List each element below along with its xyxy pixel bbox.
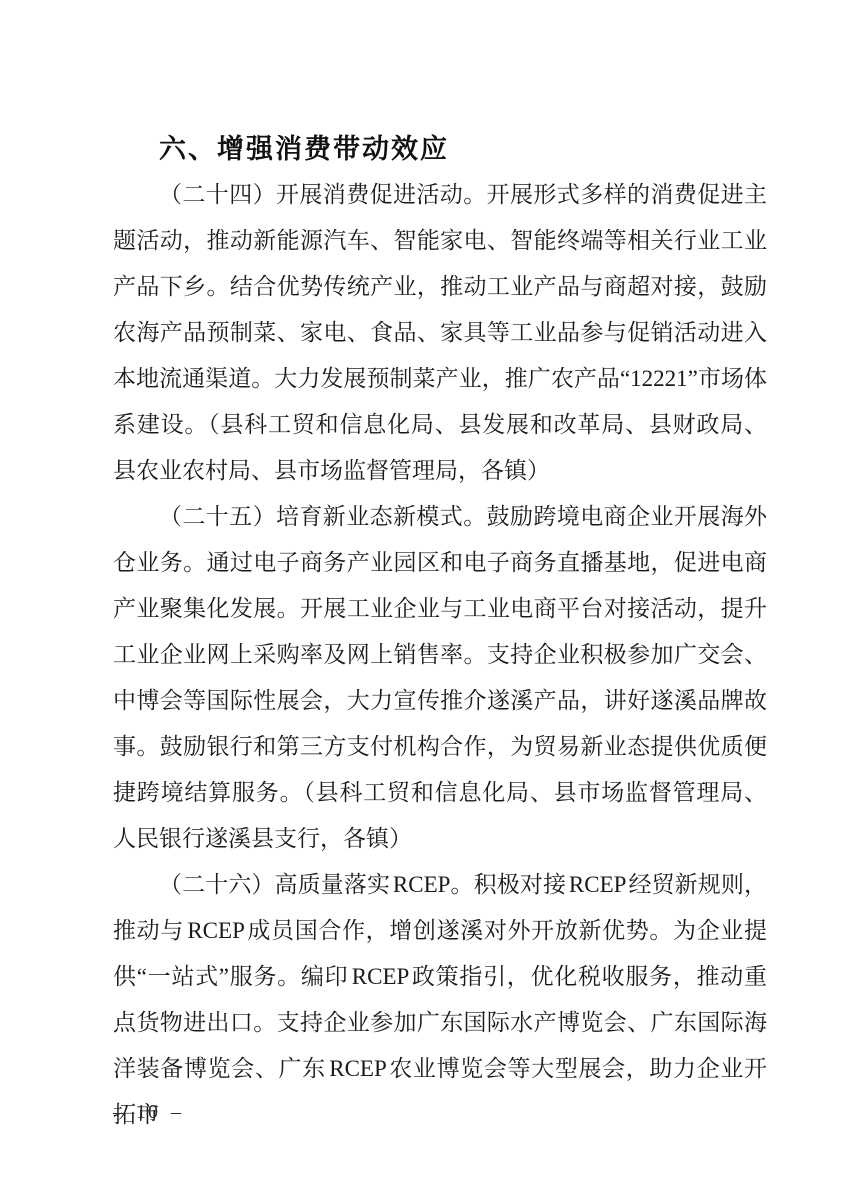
page-number: – 10 – — [113, 1098, 183, 1126]
paragraph-26: （二十六）高质量落实 RCEP。积极对接 RCEP 经贸新规则，推动与 RCEP… — [113, 862, 767, 1138]
document-page: 六、增强消费带动效应 （二十四）开展消费促进活动。开展形式多样的消费促进主题活动… — [0, 0, 850, 1200]
paragraph-25: （二十五）培育新业态新模式。鼓励跨境电商企业开展海外仓业务。通过电子商务产业园区… — [113, 494, 767, 862]
document-body: 六、增强消费带动效应 （二十四）开展消费促进活动。开展形式多样的消费促进主题活动… — [113, 126, 767, 1138]
paragraph-24: （二十四）开展消费促进活动。开展形式多样的消费促进主题活动，推动新能源汽车、智能… — [113, 172, 767, 494]
section-heading: 六、增强消费带动效应 — [113, 126, 767, 172]
